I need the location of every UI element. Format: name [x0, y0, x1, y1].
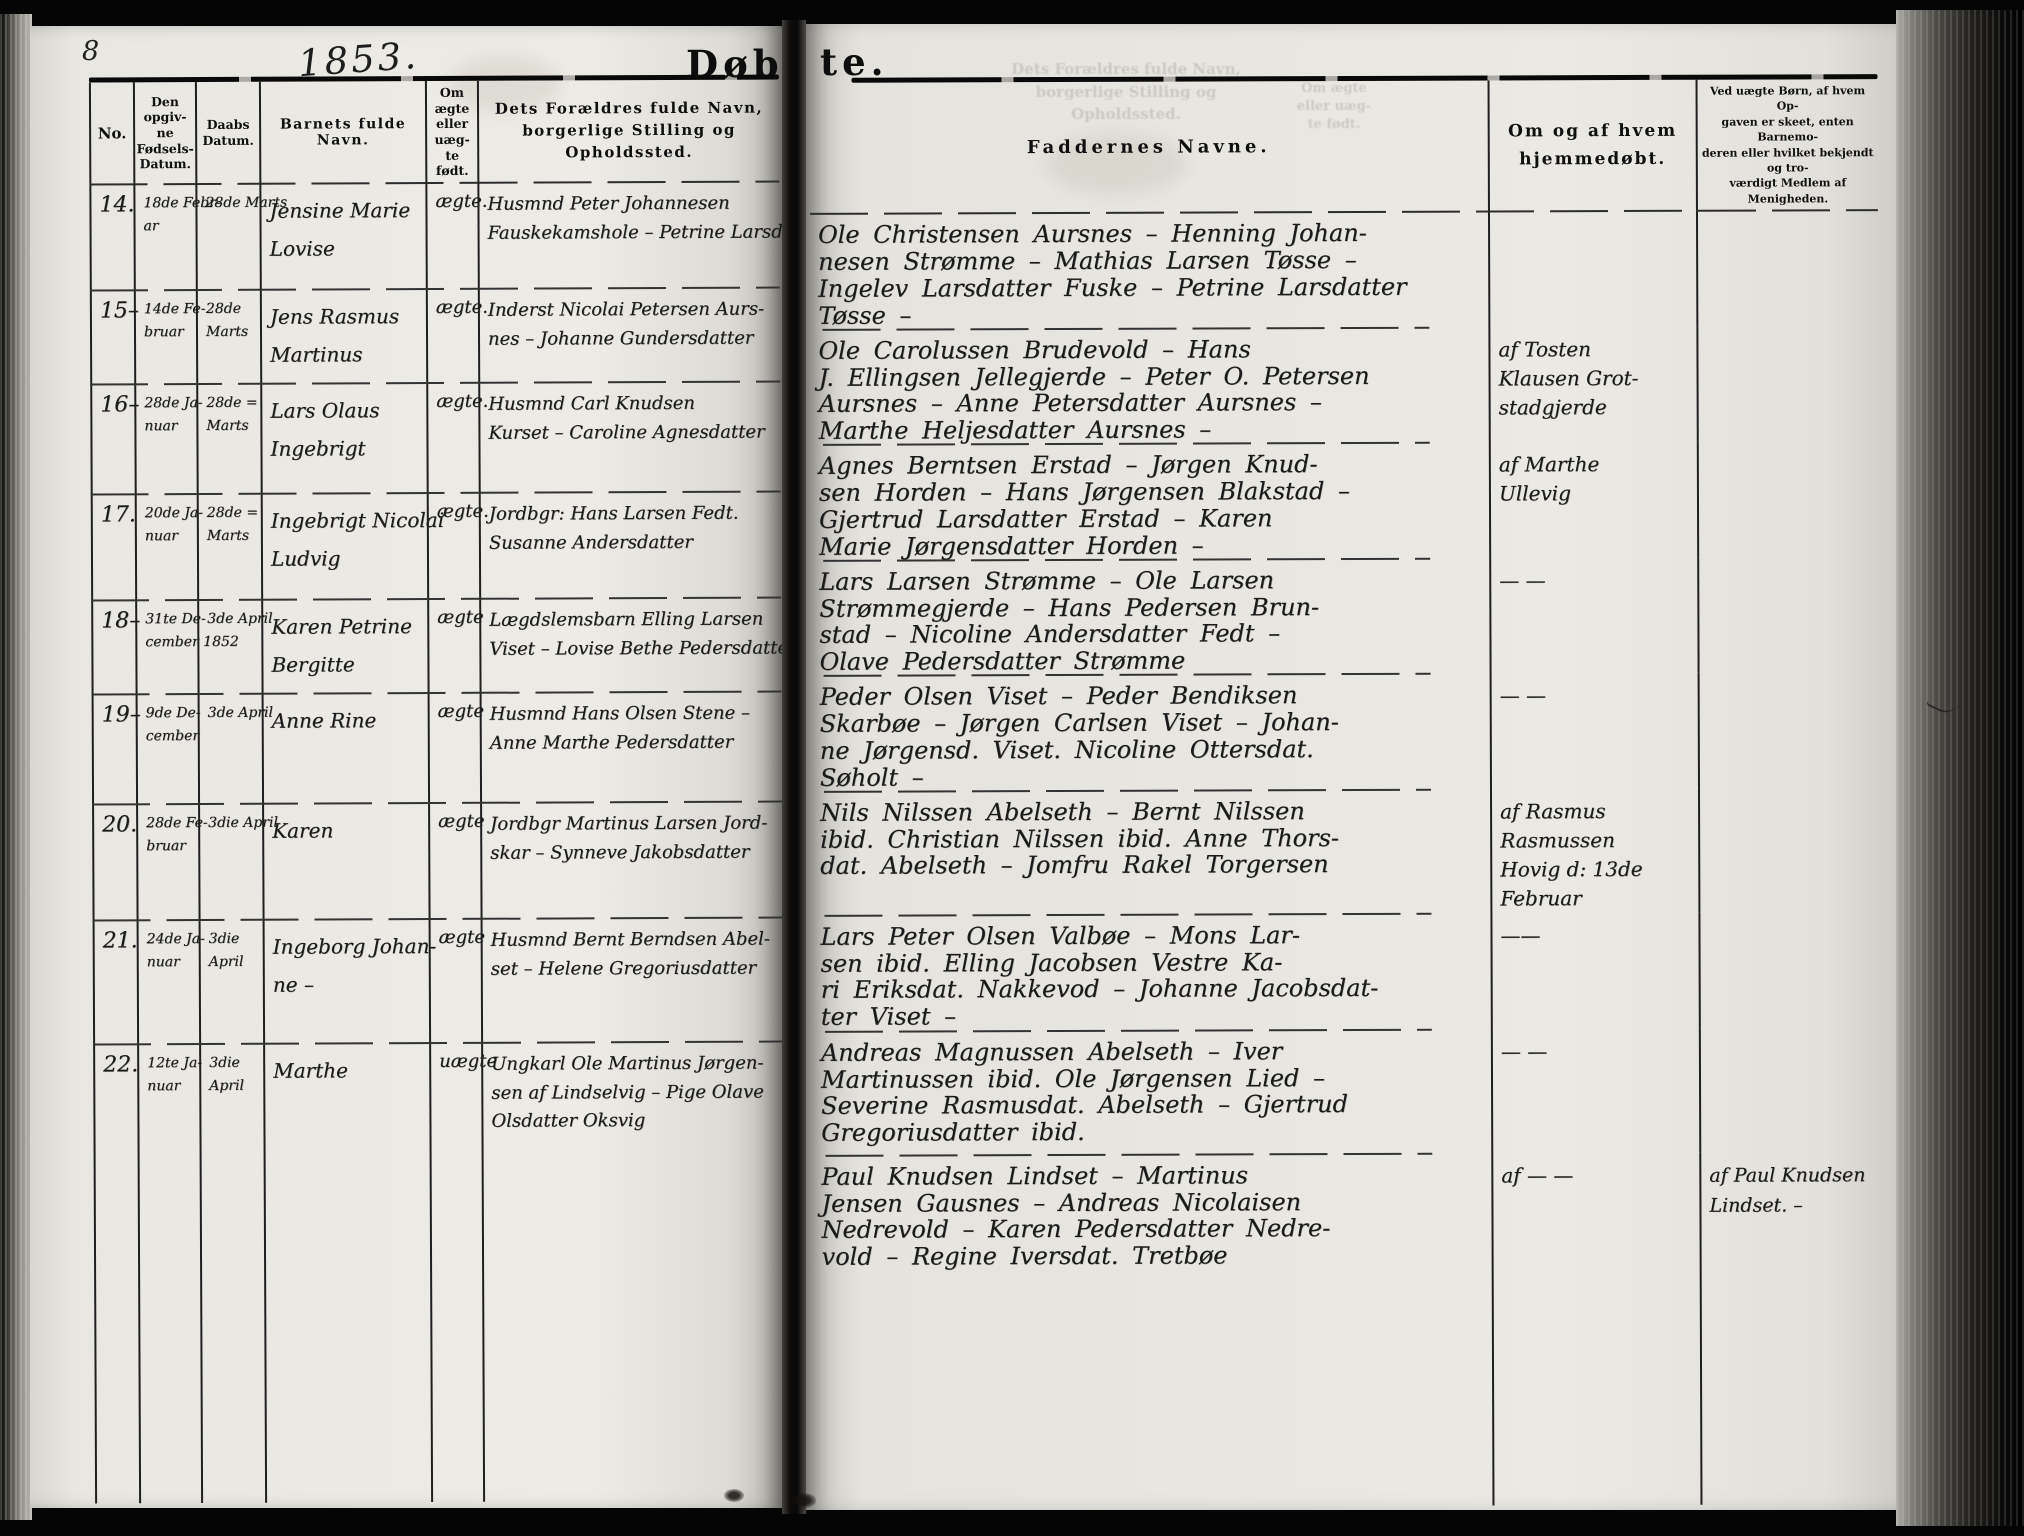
- birth-date-cell: 28de Ja- nuar: [134, 384, 196, 494]
- godparents-cell: Andreas Magnussen Abelseth – Iver Martin…: [813, 1029, 1491, 1155]
- record-row-17-left: 17. 20de Ja- nuar 28de = Marts Ingebrigt…: [91, 491, 781, 600]
- home-baptism-cell: [1488, 211, 1696, 327]
- col-header-baptism-date: Daabs Datum.: [195, 82, 259, 184]
- baptism-table-right: Faddernes Navne. Om og af hvem hjemmedøb…: [810, 74, 1883, 1508]
- col-header-child-name: Barnets fulde Navn.: [259, 81, 425, 183]
- illegitimate-note-cell: [1696, 210, 1878, 326]
- col-header-legitimacy: Om ægte eller uæg- te født.: [425, 81, 477, 183]
- no-cell: 16–: [90, 384, 134, 494]
- scanned-parish-register: 8 1853. Døb= No. Den opgiv- ne Fødsels- …: [0, 0, 2024, 1536]
- parents-cell: Husmnd Bernt Berndsen Abel- set – Helene…: [481, 917, 784, 1042]
- record-row-22-left: 22. 12te Ja- nuar 3die April Marthe uægt…: [93, 1041, 785, 1503]
- record-row-18-right: Peder Olsen Viset – Peder Bendiksen Skar…: [812, 672, 1880, 791]
- godparents-cell: Ole Christensen Aursnes – Henning Johan-…: [810, 212, 1488, 330]
- ink-blot: [792, 1493, 816, 1508]
- book-gutter: [782, 20, 806, 1514]
- illegitimate-note-cell: [1698, 788, 1880, 913]
- child-name-cell: Marthe: [263, 1043, 431, 1503]
- parents-cell: Inderst Nicolai Petersen Aurs- nes – Joh…: [478, 287, 780, 382]
- left-page: 8 1853. Døb= No. Den opgiv- ne Fødsels- …: [30, 26, 782, 1508]
- parents-cell: Husmnd Peter Johannesen Fauskekamshole –…: [477, 181, 829, 289]
- baptism-date-cell: 28de = Marts: [197, 494, 261, 600]
- godparents-cell: Lars Peter Olsen Valbøe – Mons Lar- sen …: [812, 913, 1490, 1031]
- home-baptism-cell: af — —: [1491, 1152, 1700, 1505]
- legitimacy-cell: ægte.: [426, 383, 478, 493]
- home-baptism-cell: — —: [1489, 557, 1697, 673]
- record-row-17-right: Lars Larsen Strømme – Ole Larsen Strømme…: [811, 557, 1879, 676]
- godparents-cell: Peder Olsen Viset – Peder Bendiksen Skar…: [812, 674, 1490, 792]
- baptism-date-cell: 3de April: [197, 600, 261, 694]
- legitimacy-cell: ægte.: [425, 183, 477, 289]
- record-row-20-right: Lars Peter Olsen Valbøe – Mons Lar- sen …: [812, 912, 1880, 1032]
- col-header-parents: Dets Forældres fulde Navn, borgerlige St…: [477, 80, 779, 183]
- col-header-home-baptism: Om og af hvem hjemmedøbt.: [1488, 80, 1696, 212]
- illegitimate-note-cell: [1696, 326, 1878, 442]
- record-row-14-left: 14. 18de Febr- ar 28de Marts Jensine Mar…: [89, 181, 779, 290]
- parents-cell: Husmnd Hans Olsen Stene – Anne Marthe Pe…: [480, 691, 782, 802]
- col-header-godparents: Faddernes Navne.: [810, 81, 1488, 214]
- child-name-cell: Karen: [262, 803, 429, 920]
- record-row-22-right: Paul Knudsen Lindset – Martinus Jensen G…: [813, 1152, 1882, 1508]
- record-row-21-right: Andreas Magnussen Abelseth – Iver Martin…: [813, 1028, 1881, 1156]
- baptism-table-left: No. Den opgiv- ne Fødsels- Datum. Daabs …: [89, 75, 785, 1504]
- illegitimate-note-cell: af Paul Knudsen Lindset. –: [1699, 1152, 1882, 1505]
- col-header-no: No.: [89, 82, 133, 184]
- parents-cell: Jordbgr: Hans Larsen Fedt. Susanne Ander…: [479, 491, 781, 598]
- right-table-header: Faddernes Navne. Om og af hvem hjemmedøb…: [810, 79, 1878, 214]
- legitimacy-cell: ægte: [428, 693, 480, 803]
- col-header-illegitimate: Ved uægte Børn, af hvem Op- gaven er ske…: [1696, 79, 1878, 211]
- no-cell: 17.: [91, 494, 135, 600]
- page-number: 8: [82, 36, 99, 67]
- record-row-20-left: 20. 28de Fe- bruar 3die April Karen ægte…: [92, 801, 782, 920]
- record-row-18-left: 18– 31te De- cember 1852 3de April Karen…: [91, 597, 781, 694]
- illegitimate-note-cell: [1697, 441, 1879, 557]
- record-row-15-left: 15– 14de Fe- bruar 28de Marts Jens Rasmu…: [90, 287, 780, 384]
- child-name-cell: Anne Rine: [262, 693, 428, 804]
- record-row-19-right: Nils Nilssen Abelseth – Bernt Nilssen ib…: [812, 788, 1880, 916]
- godparents-cell: Ole Carolussen Brudevold – Hans J. Ellin…: [810, 327, 1488, 445]
- baptism-date-cell: 28de Marts: [195, 184, 259, 290]
- birth-date-cell: 14de Fe- bruar: [134, 290, 196, 384]
- illegitimate-note-cell: [1698, 912, 1880, 1029]
- left-table-header: No. Den opgiv- ne Fødsels- Datum. Daabs …: [89, 80, 779, 185]
- child-name-cell: Lars Olaus Ingebrigt: [260, 383, 426, 494]
- record-row-16-left: 16– 28de Ja- nuar 28de = Marts Lars Olau…: [90, 381, 780, 494]
- legitimacy-cell: ægte: [427, 599, 479, 693]
- no-cell: 14.: [89, 184, 133, 290]
- baptism-date-cell: 3die April: [199, 920, 264, 1044]
- birth-date-cell: 24de Ja- nuar: [137, 920, 200, 1044]
- no-cell: 20.: [92, 804, 137, 920]
- legitimacy-cell: ægte: [428, 803, 481, 919]
- legitimacy-cell: uægte: [429, 1043, 483, 1502]
- home-baptism-cell: ——: [1490, 912, 1698, 1029]
- baptism-date-cell: 3die April: [199, 1044, 265, 1504]
- child-name-cell: Jens Rasmus Martinus: [260, 289, 426, 384]
- birth-date-cell: 18de Febr- ar: [133, 184, 195, 290]
- parents-cell: Jordbgr Martinus Larsen Jord- skar – Syn…: [480, 801, 783, 918]
- parents-cell: Husmnd Carl Knudsen Kurset – Caroline Ag…: [478, 381, 780, 492]
- record-row-16-right: Agnes Berntsen Erstad – Jørgen Knud- sen…: [811, 441, 1879, 560]
- godparents-cell: Agnes Berntsen Erstad – Jørgen Knud- sen…: [811, 443, 1489, 561]
- book-page-stack-left: [0, 14, 32, 1520]
- birth-date-cell: 28de Fe- bruar: [136, 804, 199, 920]
- baptism-date-cell: 3de April: [198, 694, 262, 804]
- godparents-cell: Nils Nilssen Abelseth – Bernt Nilssen ib…: [812, 789, 1490, 915]
- record-row-15-right: Ole Carolussen Brudevold – Hans J. Ellin…: [810, 326, 1878, 445]
- birth-date-cell: 31te De- cember 1852: [135, 600, 197, 694]
- home-baptism-cell: af Rasmus Rasmussen Hovig d: 13de Februa…: [1490, 788, 1698, 913]
- child-name-cell: Ingebrigt Nicolai Ludvig: [261, 493, 427, 600]
- home-baptism-cell: af Tosten Klausen Grot- stadgjerde: [1488, 326, 1696, 442]
- parents-cell: Lægdslemsbarn Elling Larsen Viset – Lovi…: [479, 597, 799, 692]
- child-name-cell: Jensine Marie Lovise: [259, 183, 425, 290]
- record-row-19-left: 19– 9de De- cember 3de April Anne Rine æ…: [92, 691, 782, 804]
- no-cell: 15–: [90, 290, 134, 384]
- legitimacy-cell: ægte: [429, 919, 482, 1043]
- record-row-21-left: 21. 24de Ja- nuar 3die April Ingeborg Jo…: [93, 917, 784, 1044]
- baptism-date-cell: 28de Marts: [196, 290, 260, 384]
- birth-date-cell: 20de Ja- nuar: [135, 494, 197, 600]
- parents-cell: Ungkarl Ole Martinus Jørgen- sen af Lind…: [481, 1041, 785, 1502]
- home-baptism-cell: af Marthe Ullevig: [1489, 442, 1697, 558]
- right-page: te. Dets Forældres fulde Navn, borgerlig…: [806, 24, 1896, 1510]
- birth-date-cell: 9de De- cember: [136, 694, 198, 804]
- home-baptism-cell: — —: [1490, 673, 1698, 789]
- child-name-cell: Karen Petrine Bergitte: [261, 599, 427, 694]
- legitimacy-cell: ægte.: [427, 493, 479, 599]
- child-name-cell: Ingeborg Johan- ne –: [263, 919, 430, 1044]
- no-cell: 19–: [92, 694, 136, 804]
- illegitimate-note-cell: [1697, 557, 1879, 673]
- book-page-stack-right: [1896, 10, 2024, 1526]
- legitimacy-cell: ægte.: [426, 289, 478, 383]
- baptism-date-cell: 28de = Marts: [196, 384, 260, 494]
- illegitimate-note-cell: [1698, 672, 1880, 788]
- no-cell: 21.: [93, 920, 138, 1044]
- birth-date-cell: 12te Ja- nuar: [137, 1044, 201, 1504]
- godparents-cell: Paul Knudsen Lindset – Martinus Jensen G…: [813, 1153, 1492, 1508]
- illegitimate-note-cell: [1699, 1028, 1881, 1153]
- col-header-birth-date: Den opgiv- ne Fødsels- Datum.: [133, 82, 195, 184]
- godparents-cell: Lars Larsen Strømme – Ole Larsen Strømme…: [811, 558, 1489, 676]
- ink-blot: [724, 1489, 744, 1502]
- record-row-14-right: Ole Christensen Aursnes – Henning Johan-…: [810, 210, 1878, 329]
- baptism-date-cell: 3die April: [198, 804, 263, 920]
- home-baptism-cell: — —: [1491, 1028, 1699, 1153]
- no-cell: 18–: [91, 600, 135, 694]
- no-cell: 22.: [93, 1044, 139, 1503]
